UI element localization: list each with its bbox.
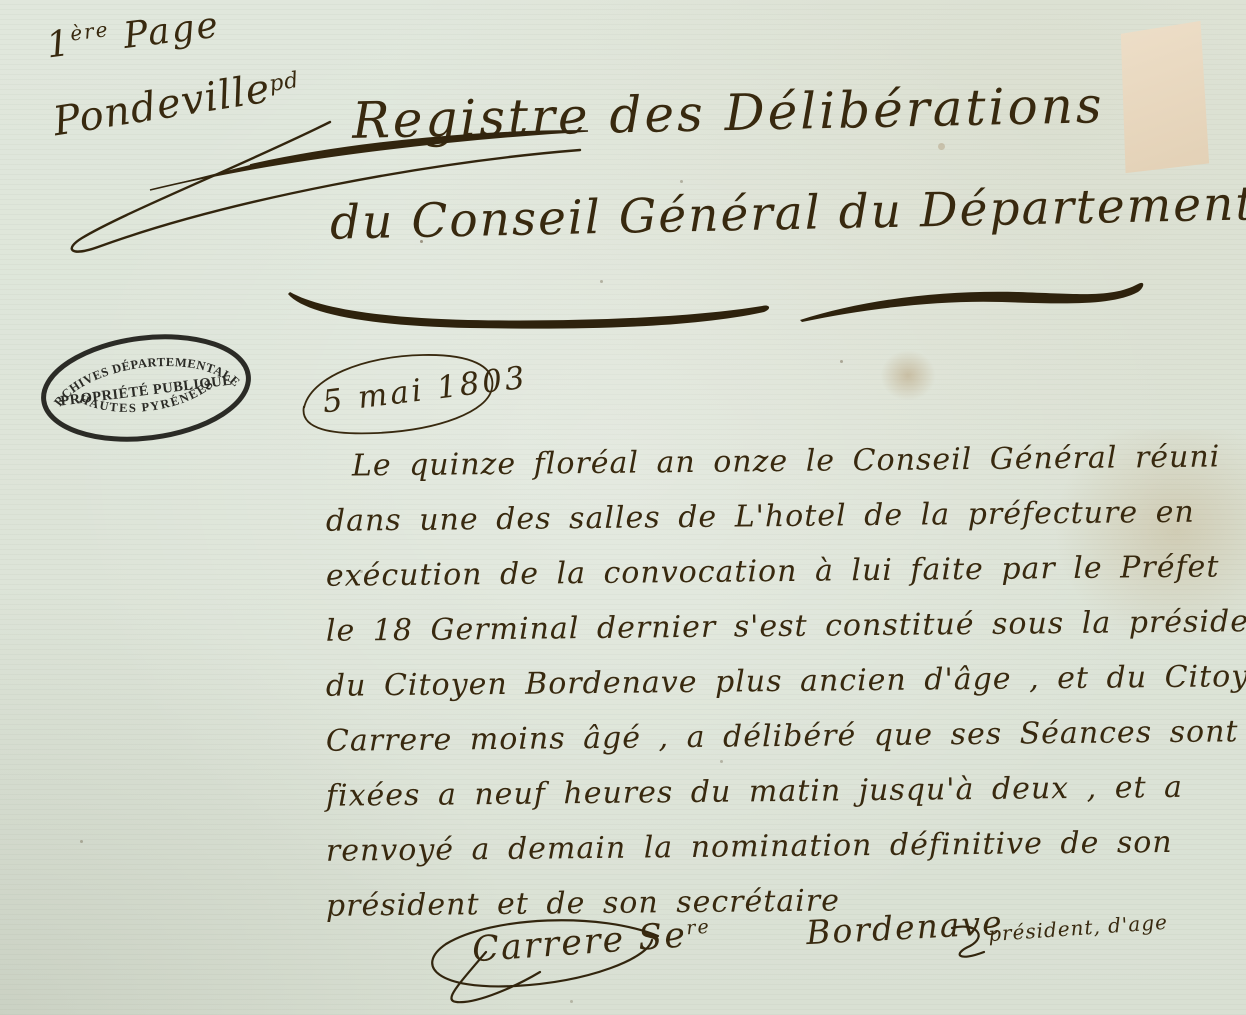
register-title-line1: Registre des Délibérations xyxy=(351,76,1105,150)
archivist-suffix: pd xyxy=(267,68,301,97)
signature-carrere-abbrev: Se xyxy=(637,915,688,958)
body-line: Le quinze floréal an onze le Conseil Gén… xyxy=(326,439,1242,504)
title-underline-left xyxy=(288,292,769,329)
body-line: dans une des salles de L'hotel de la pré… xyxy=(326,494,1242,559)
body-line: du Citoyen Bordenave plus ancien d'âge ,… xyxy=(326,659,1242,724)
body-line: exécution de la convocation à lui faite … xyxy=(326,549,1242,614)
archivist-name: Pondeville xyxy=(50,66,274,146)
body-line: Carrere moins âgé , a délibéré que ses S… xyxy=(326,714,1242,779)
annotation-word: Page xyxy=(121,5,222,57)
signature-carrere-abbrev-sup: re xyxy=(686,916,712,940)
archivist-signature: Pondevillepd xyxy=(50,61,303,145)
title-underline-right xyxy=(800,283,1143,322)
ink-stain-small xyxy=(878,348,938,403)
body-line: renvoyé a demain la nomination définitiv… xyxy=(326,824,1242,889)
body-line: le 18 Germinal dernier s'est constitué s… xyxy=(326,604,1242,669)
body-line: fixées a neuf heures du matin jusqu'à de… xyxy=(326,769,1242,834)
date-note: 5 mai 1803 xyxy=(288,346,503,438)
page-number-annotation: 1ère Page xyxy=(44,4,222,67)
annotation-ordinal: ère xyxy=(69,17,111,46)
register-title-line2: du Conseil Général du Département xyxy=(330,176,1246,250)
deliberation-body: Le quinze floréal an onze le Conseil Gén… xyxy=(326,444,1241,939)
manuscript-page: 1ère Page Pondevillepd Registre des Déli… xyxy=(0,0,1246,1015)
archive-stamp: ARCHIVES DÉPARTEMENTALES PROPRIÉTÉ PUBLI… xyxy=(28,317,264,459)
paper-repair-patch xyxy=(1116,16,1212,178)
